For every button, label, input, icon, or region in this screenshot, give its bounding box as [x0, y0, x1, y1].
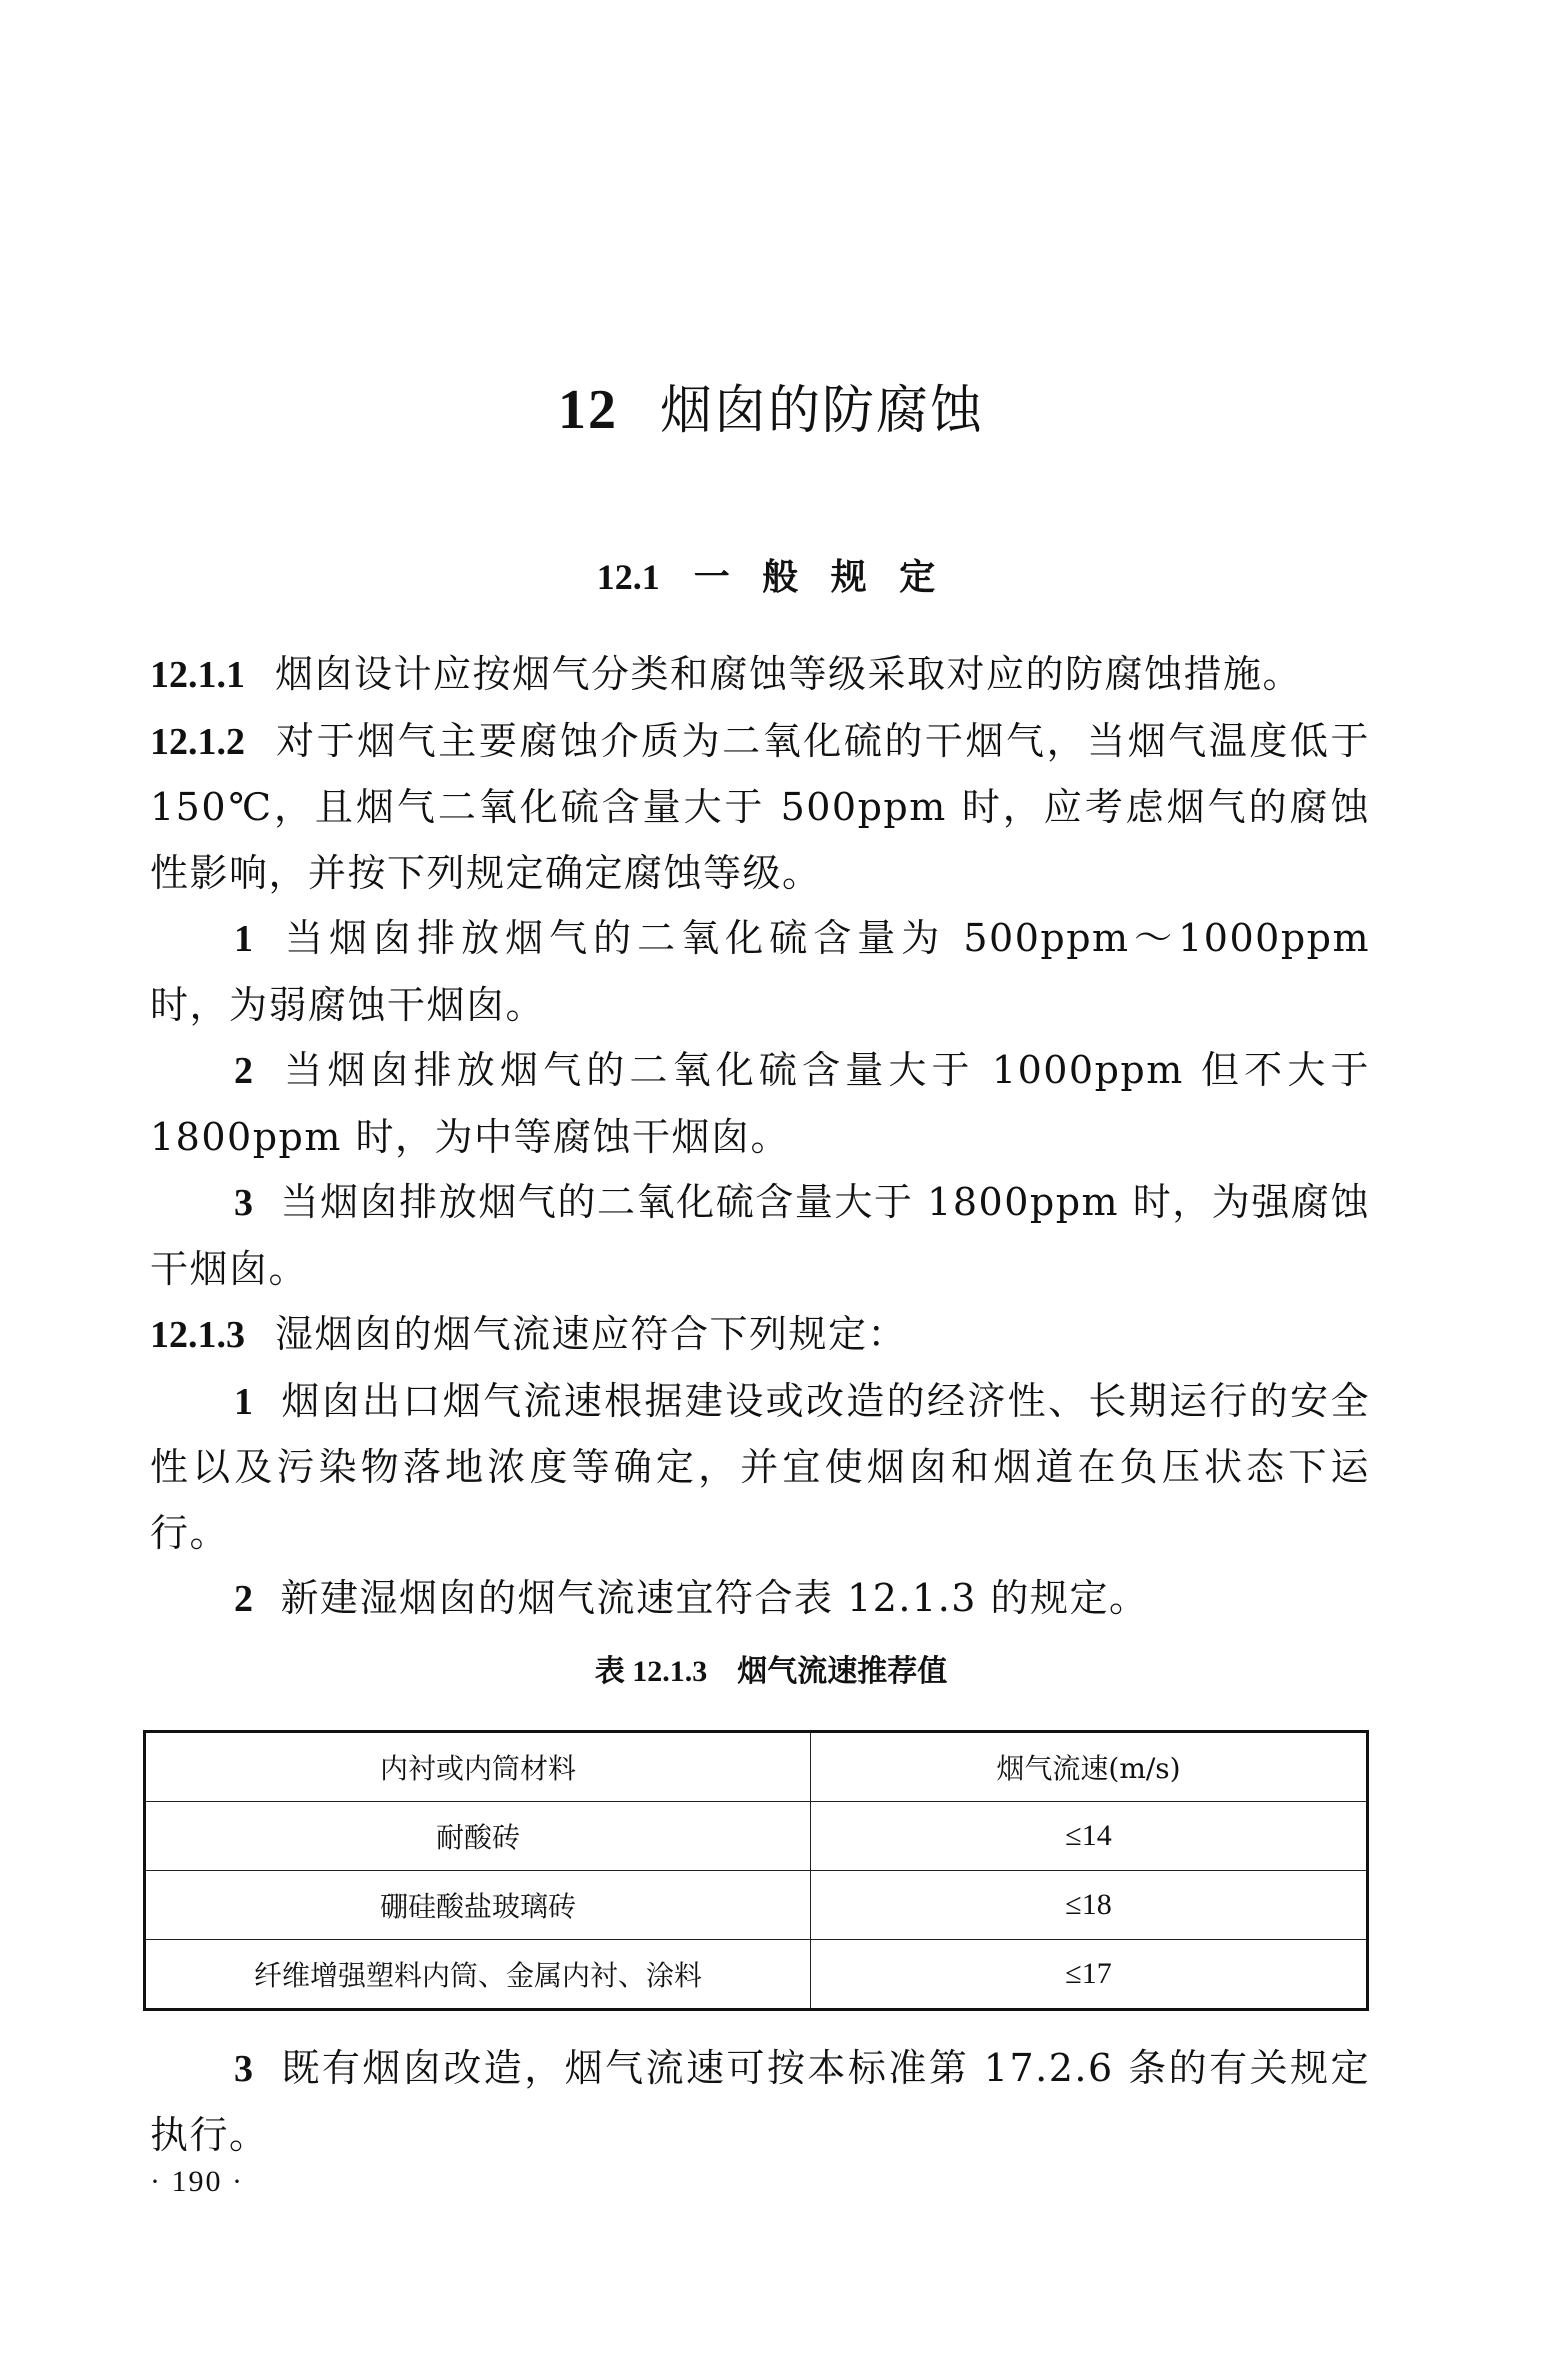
clause-text: 对于烟气主要腐蚀介质为二氧化硫的干烟气，当烟气温度低于 150℃，且烟气二氧化硫… — [150, 719, 1370, 895]
clause-number: 12.1.1 — [150, 654, 245, 696]
page-number: · 190 · — [150, 2165, 244, 2199]
item-number: 2 — [234, 1578, 255, 1620]
clause-12-1-2: 12.1.2对于烟气主要腐蚀介质为二氧化硫的干烟气，当烟气温度低于 150℃，且… — [150, 709, 1370, 907]
table-row: 纤维增强塑料内筒、金属内衬、涂料 ≤17 — [145, 1940, 1368, 2010]
section-number: 12.1 — [597, 557, 660, 597]
table-header-cell: 内衬或内筒材料 — [145, 1732, 811, 1802]
table-cell-material: 硼硅酸盐玻璃砖 — [145, 1871, 811, 1940]
item-text: 既有烟囱改造，烟气流速可按本标准第 17.2.6 条的有关规定执行。 — [150, 2046, 1370, 2157]
table-title: 烟气流速推荐值 — [737, 1654, 947, 1689]
list-item: 2新建湿烟囱的烟气流速宜符合表 12.1.3 的规定。 — [150, 1566, 1370, 1633]
list-item: 1烟囱出口烟气流速根据建设或改造的经济性、长期运行的安全性以及污染物落地浓度等确… — [150, 1369, 1370, 1567]
section-title: 12.1一 般 规 定 — [0, 555, 1542, 599]
table-cell-material: 耐酸砖 — [145, 1802, 811, 1871]
clause-text: 烟囱设计应按烟气分类和腐蚀等级采取对应的防腐蚀措施。 — [275, 652, 1302, 696]
chapter-number: 12 — [558, 379, 618, 441]
table-row: 耐酸砖 ≤14 — [145, 1802, 1368, 1871]
item-number: 3 — [234, 2048, 255, 2090]
list-item: 1当烟囱排放烟气的二氧化硫含量为 500ppm～1000ppm 时，为弱腐蚀干烟… — [150, 906, 1370, 1038]
document-page: 12烟囱的防腐蚀 12.1一 般 规 定 12.1.1烟囱设计应按烟气分类和腐蚀… — [0, 0, 1542, 2371]
chapter-title-text: 烟囱的防腐蚀 — [660, 381, 984, 441]
clause-number: 12.1.2 — [150, 721, 245, 763]
list-item: 2当烟囱排放烟气的二氧化硫含量大于 1000ppm 但不大于 1800ppm 时… — [150, 1038, 1370, 1170]
clause-text: 湿烟囱的烟气流速应符合下列规定： — [275, 1312, 907, 1356]
table-cell-velocity: ≤14 — [811, 1802, 1368, 1871]
table-number: 表 12.1.3 — [595, 1655, 708, 1688]
table-cell-velocity: ≤18 — [811, 1871, 1368, 1940]
body-text: 12.1.1烟囱设计应按烟气分类和腐蚀等级采取对应的防腐蚀措施。 12.1.2对… — [150, 642, 1370, 1633]
table-row: 硼硅酸盐玻璃砖 ≤18 — [145, 1871, 1368, 1940]
clause-12-1-3: 12.1.3湿烟囱的烟气流速应符合下列规定： — [150, 1302, 1370, 1369]
table-header-cell: 烟气流速(m/s) — [811, 1732, 1368, 1802]
body-text-after-table: 3既有烟囱改造，烟气流速可按本标准第 17.2.6 条的有关规定执行。 — [150, 2036, 1370, 2168]
table-cell-material: 纤维增强塑料内筒、金属内衬、涂料 — [145, 1940, 811, 2010]
table-cell-velocity: ≤17 — [811, 1940, 1368, 2010]
item-number: 1 — [234, 1381, 255, 1423]
table-caption: 表 12.1.3烟气流速推荐值 — [0, 1652, 1542, 1692]
clause-12-1-1: 12.1.1烟囱设计应按烟气分类和腐蚀等级采取对应的防腐蚀措施。 — [150, 642, 1370, 709]
clause-number: 12.1.3 — [150, 1314, 245, 1356]
item-text: 当烟囱排放烟气的二氧化硫含量大于 1800ppm 时，为强腐蚀干烟囱。 — [150, 1180, 1370, 1291]
list-item: 3既有烟囱改造，烟气流速可按本标准第 17.2.6 条的有关规定执行。 — [150, 2036, 1370, 2168]
item-number: 2 — [234, 1050, 255, 1092]
item-text: 烟囱出口烟气流速根据建设或改造的经济性、长期运行的安全性以及污染物落地浓度等确定… — [150, 1379, 1370, 1555]
list-item: 3当烟囱排放烟气的二氧化硫含量大于 1800ppm 时，为强腐蚀干烟囱。 — [150, 1170, 1370, 1302]
item-text: 新建湿烟囱的烟气流速宜符合表 12.1.3 的规定。 — [281, 1576, 1149, 1620]
item-number: 3 — [234, 1182, 255, 1224]
item-text: 当烟囱排放烟气的二氧化硫含量为 500ppm～1000ppm 时，为弱腐蚀干烟囱… — [150, 916, 1370, 1027]
item-text: 当烟囱排放烟气的二氧化硫含量大于 1000ppm 但不大于 1800ppm 时，… — [150, 1048, 1370, 1159]
section-title-text: 一 般 规 定 — [694, 556, 946, 598]
flue-gas-velocity-table: 内衬或内筒材料 烟气流速(m/s) 耐酸砖 ≤14 硼硅酸盐玻璃砖 ≤18 纤维… — [143, 1730, 1369, 2011]
chapter-title: 12烟囱的防腐蚀 — [0, 380, 1542, 441]
item-number: 1 — [234, 918, 255, 960]
table-header-row: 内衬或内筒材料 烟气流速(m/s) — [145, 1732, 1368, 1802]
